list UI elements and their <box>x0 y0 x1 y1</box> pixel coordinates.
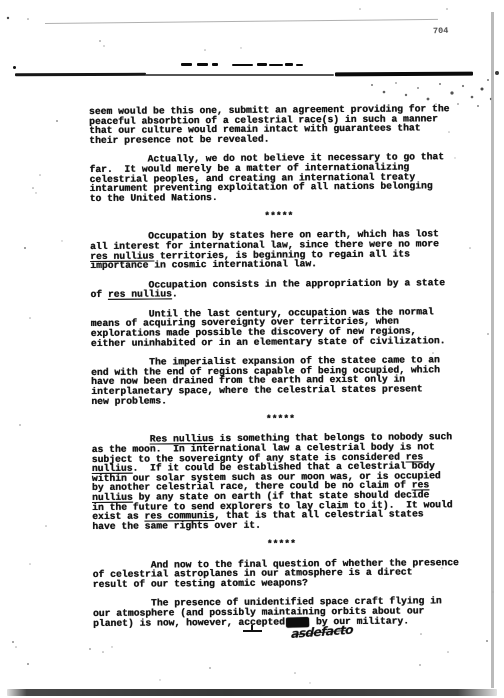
text-segment: . <box>172 289 178 300</box>
scan-artifact-line <box>45 19 438 25</box>
redaction-dash <box>232 64 253 67</box>
text-segment: new problems. <box>91 395 167 407</box>
image-bottom-shadow <box>7 689 497 696</box>
typewritten-text: seem would be this one, submitt an agree… <box>89 104 459 628</box>
redaction-dash <box>181 63 192 66</box>
scanned-document-page: 704 seem would be this one, submitt an a… <box>0 0 504 698</box>
text-segment: importance in cosmic international law. <box>90 259 317 272</box>
text-segment: of <box>90 289 108 300</box>
redaction-dash <box>285 63 293 66</box>
image-right-shadow <box>491 12 494 688</box>
heavy-rule-left <box>15 73 146 76</box>
text-segment: ***** <box>90 211 294 224</box>
heavy-rule-right <box>335 71 473 75</box>
text-line: planet) is now, however, accepted by our… <box>93 616 459 629</box>
redaction-dash <box>296 64 303 67</box>
text-segment: ***** <box>91 413 295 426</box>
text-segment: planet) is now, however, accepted <box>93 616 285 629</box>
heavy-rule-middle <box>145 74 334 76</box>
handwritten-note: asdefacto <box>291 622 353 641</box>
ink-dot <box>13 66 16 69</box>
underlined-term: res nullius <box>108 289 172 301</box>
redaction-dash <box>197 63 208 66</box>
redaction-dash <box>269 64 283 67</box>
text-segment: result of our testing atomic weapons? <box>93 577 308 590</box>
redaction-dash <box>257 63 267 66</box>
redaction-dash <box>212 63 218 66</box>
caret-mark <box>251 625 253 632</box>
text-segment: have the same rights over it. <box>92 520 261 532</box>
text-segment: to the United Nations. <box>90 192 218 204</box>
text-segment: their presence not be revealed. <box>89 134 269 146</box>
page-number: 704 <box>433 26 449 37</box>
text-segment: ***** <box>92 539 296 552</box>
